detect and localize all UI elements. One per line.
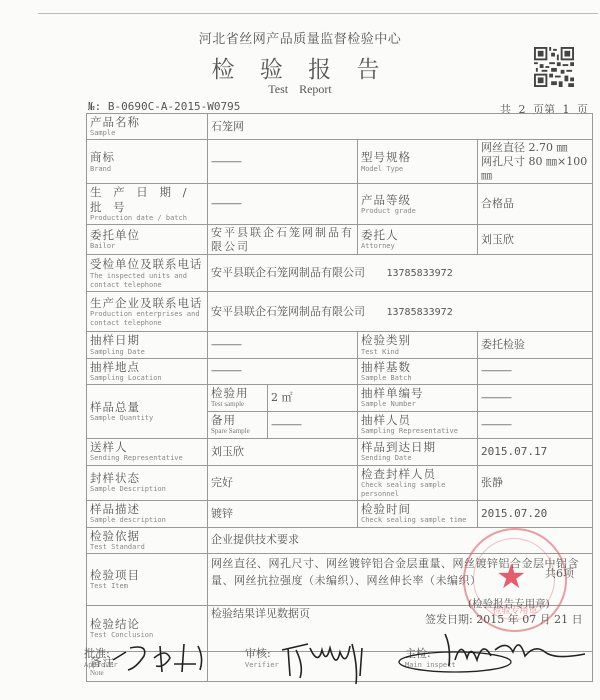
producer-phone: 13785833972	[387, 307, 453, 318]
verifier-label: 审核:	[245, 647, 271, 660]
label-attorney: 委托人Attorney	[358, 224, 478, 255]
value-producer: 安平县联企石笼网制品有限公司 13785833972	[208, 292, 593, 332]
page-subtitle: Test Report	[0, 82, 600, 97]
organization-name: 河北省丝网产品质量监督检验中心	[0, 28, 600, 47]
label-test-sample: 检验用Test sample	[208, 384, 268, 411]
value-seal-checker: 张静	[478, 465, 593, 500]
row-inspected-unit: 受检单位及联系电话The inspected units and contact…	[87, 255, 593, 292]
verifier-label-en: Verifier	[245, 661, 279, 669]
row-bailor: 委托单位Bailor 安平县联企石笼网制品有限公司 委托人Attorney 刘玉…	[87, 224, 593, 255]
label-sampling-rep: 抽样人员Sampling Representative	[358, 411, 478, 438]
label-bailor: 委托单位Bailor	[87, 224, 208, 255]
label-producer: 生产企业及联系电话Production enterprises and cont…	[87, 292, 208, 332]
label-sample-desc: 样品描述Sample description	[87, 500, 208, 527]
row-producer: 生产企业及联系电话Production enterprises and cont…	[87, 292, 593, 332]
row-sending: 送样人Sending Representative 刘玉欣 样品到达日期Send…	[87, 438, 593, 465]
value-production-date: ———	[208, 184, 358, 225]
label-production-date: 生 产 日 期 / 批 号Production date / batch	[87, 184, 208, 225]
value-sending-date: 2015.07.17	[478, 438, 593, 465]
label-grade: 产品等级Product grade	[358, 184, 478, 225]
row-sampling-date: 抽样日期Sampling Date ——— 检验类别Test Kind 委托检验	[87, 332, 593, 358]
value-sending-rep: 刘玉欣	[208, 438, 358, 465]
row-quantity-test: 样品总量Sample Quantity 检验用Test sample 2 ㎡ 抽…	[87, 384, 593, 411]
value-brand: ———	[208, 140, 358, 184]
value-sample: 石笼网	[208, 114, 593, 140]
scan-edge-line	[38, 13, 598, 14]
report-number: №: B-0690C-A-2015-W0795	[88, 100, 240, 113]
value-seal-state: 完好	[208, 465, 358, 500]
report-number-value: B-0690C-A-2015-W0795	[108, 100, 240, 113]
label-test-time: 检验时间Check sealing sample time	[358, 500, 478, 527]
label-sample: 产品名称Sample	[87, 114, 208, 140]
label-test-item: 检验项目Test Item	[87, 553, 208, 605]
value-grade: 合格品	[478, 184, 593, 225]
stamp-label: (检验报告专用章)	[468, 596, 550, 611]
report-number-label: №:	[88, 100, 101, 113]
value-spare-sample: ———	[268, 411, 358, 438]
verifier-signature-block: 审核: Verifier	[245, 645, 279, 669]
verifier-signature-icon	[278, 636, 378, 688]
value-bailor: 安平县联企石笼网制品有限公司	[208, 224, 358, 255]
approver-label: 批准:	[84, 647, 110, 660]
value-standard: 企业提供技术要求	[208, 527, 593, 553]
value-sample-number: ———	[478, 384, 593, 411]
value-test-time: 2015.07.20	[478, 500, 593, 527]
label-sampling-date: 抽样日期Sampling Date	[87, 332, 208, 358]
value-sample-batch: ———	[478, 358, 593, 384]
value-test-kind: 委托检验	[478, 332, 593, 358]
label-seal-state: 封样状态Sample Description	[87, 465, 208, 500]
label-seal-checker: 检查封样人员Check sealing sample personnel	[358, 465, 478, 500]
inspected-company: 安平县联企石笼网制品有限公司	[211, 266, 365, 279]
row-standard: 检验依据Test Standard 企业提供技术要求	[87, 527, 593, 553]
qr-code-icon	[534, 47, 574, 87]
approver-signature-icon	[108, 638, 218, 678]
row-brand: 商标Brand ——— 型号规格Model Type 网丝直径 2.70 ㎜网孔…	[87, 140, 593, 184]
value-sampling-rep: ———	[478, 411, 593, 438]
value-test-sample: 2 ㎡	[268, 384, 358, 411]
main-inspector-signature-icon	[395, 630, 595, 690]
row-production-date: 生 产 日 期 / 批 号Production date / batch ———…	[87, 184, 593, 225]
issue-date: 签发日期: 2015 年 07 月 21 日	[425, 611, 583, 627]
value-model: 网丝直径 2.70 ㎜网孔尺寸 80 ㎜×100 ㎜	[478, 140, 593, 184]
value-attorney: 刘玉欣	[478, 224, 593, 255]
producer-company: 安平县联企石笼网制品有限公司	[211, 305, 365, 318]
label-model: 型号规格Model Type	[358, 140, 478, 184]
value-inspected-unit: 安平县联企石笼网制品有限公司 13785833972	[208, 255, 593, 292]
label-standard: 检验依据Test Standard	[87, 527, 208, 553]
value-sampling-location: ———	[208, 358, 358, 384]
label-inspected-unit: 受检单位及联系电话The inspected units and contact…	[87, 255, 208, 292]
row-sample: 产品名称Sample 石笼网	[87, 114, 593, 140]
value-sample-desc: 镀锌	[208, 500, 358, 527]
label-sending-date: 样品到达日期Sending Date	[358, 438, 478, 465]
row-sample-desc: 样品描述Sample description 镀锌 检验时间Check seal…	[87, 500, 593, 527]
label-test-kind: 检验类别Test Kind	[358, 332, 478, 358]
value-sampling-date: ———	[208, 332, 358, 358]
label-brand: 商标Brand	[87, 140, 208, 184]
label-sampling-location: 抽样地点Sampling Location	[87, 358, 208, 384]
label-sample-batch: 抽样基数Sample Batch	[358, 358, 478, 384]
row-seal: 封样状态Sample Description 完好 检查封样人员Check se…	[87, 465, 593, 500]
label-sample-quantity: 样品总量Sample Quantity	[87, 384, 208, 438]
page-title: 检 验 报 告	[0, 51, 600, 84]
label-sample-number: 抽样单编号Sample Number	[358, 384, 478, 411]
inspected-phone: 13785833972	[387, 268, 453, 279]
label-spare-sample: 备用Spare Sample	[208, 411, 268, 438]
items-count: 共6项	[545, 565, 574, 581]
row-sampling-location: 抽样地点Sampling Location ——— 抽样基数Sample Bat…	[87, 358, 593, 384]
label-sending-rep: 送样人Sending Representative	[87, 438, 208, 465]
